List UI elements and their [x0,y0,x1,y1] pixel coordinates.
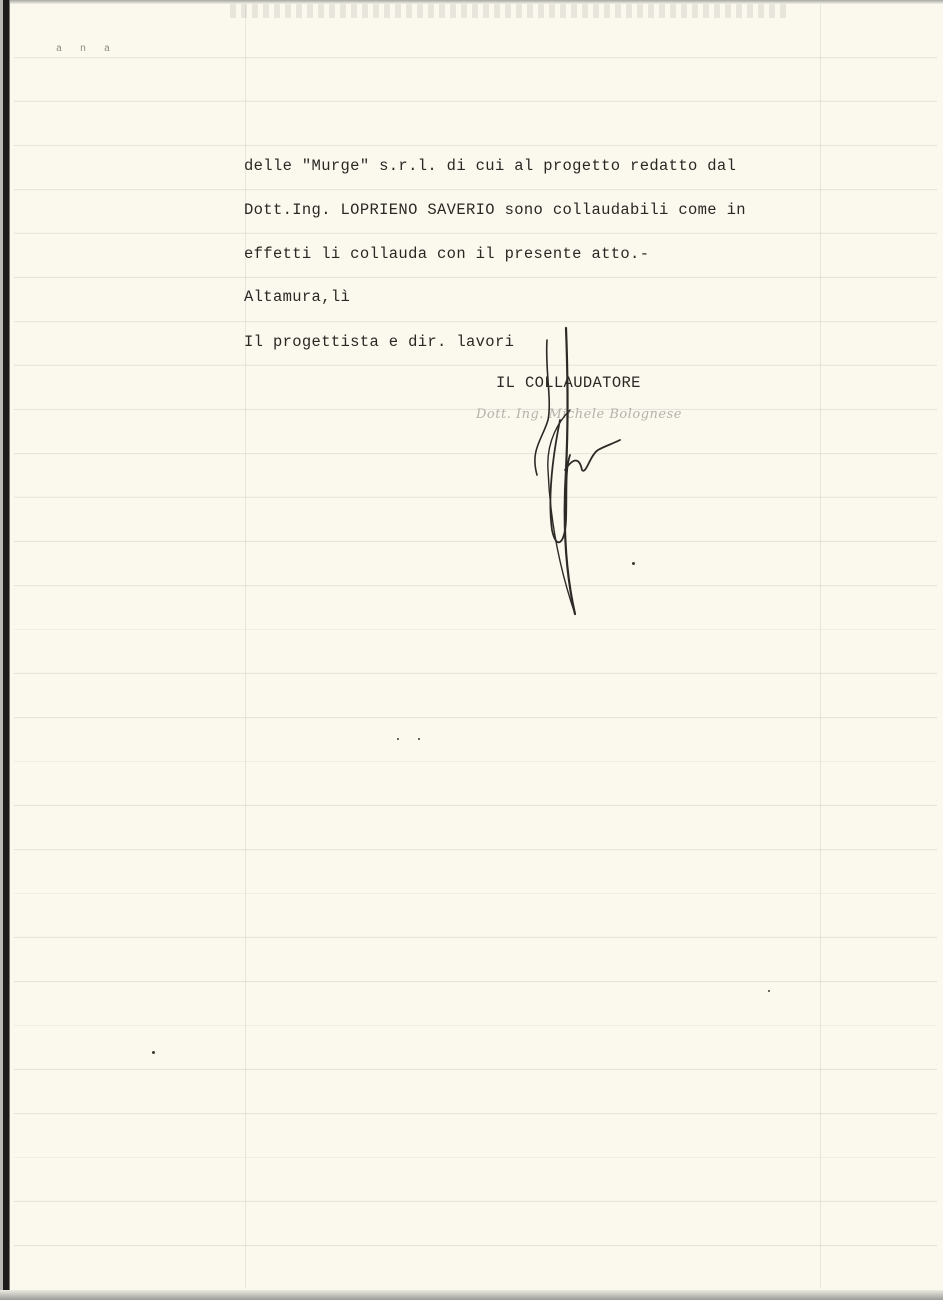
ink-speck [418,738,420,740]
ink-speck [632,562,635,565]
ink-speck [397,738,399,740]
ink-speck [152,1051,155,1054]
handwritten-signature [0,0,943,1300]
document-page: a n a delle "Murge" s.r.l. di cui al pro… [0,0,943,1300]
ink-speck [768,990,770,992]
